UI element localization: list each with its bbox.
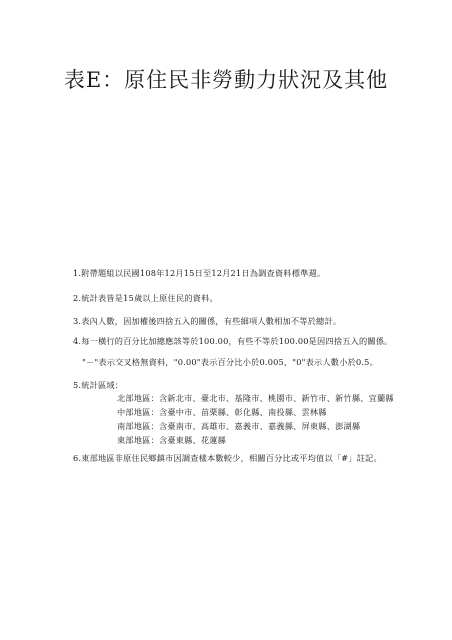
note-symbols: "－"表示交叉格無資料，"0.00"表示百分比小於0.005，"0"表示人數小於… (82, 357, 378, 368)
region-east: 東部地區：含臺東縣、花蓮縣 (117, 435, 226, 446)
note-4: 4.每一橫行的百分比加總應該等於100.00，有些不等於100.00是因四捨五入… (73, 336, 393, 347)
region-central: 中部地區：含臺中市、苗栗縣、彰化縣、南投縣、雲林縣 (117, 407, 327, 418)
region-south: 南部地區：含臺南市、高雄市、嘉義市、嘉義縣、屏東縣、澎湖縣 (117, 421, 360, 432)
note-1: 1.附帶題組以民國108年12月15日至12月21日為調查資料標準週。 (73, 268, 325, 279)
page-title: 表E：原住民非勞動力狀況及其他 (0, 64, 452, 94)
note-3: 3.表內人數，因加權後四捨五入的關係，有些細項人數相加不等於總計。 (73, 316, 341, 327)
region-north: 北部地區：含新北市、臺北市、基隆市、桃園市、新竹市、新竹縣、宜蘭縣 (117, 393, 394, 404)
note-2: 2.統計表皆是15歲以上原住民的資料。 (73, 293, 218, 304)
note-5: 5.統計區域： (73, 380, 123, 391)
note-6: 6.東部地區非原住民鄉鎮市因調查樣本數較少，相關百分比或平均值以「#」註記。 (73, 453, 382, 464)
